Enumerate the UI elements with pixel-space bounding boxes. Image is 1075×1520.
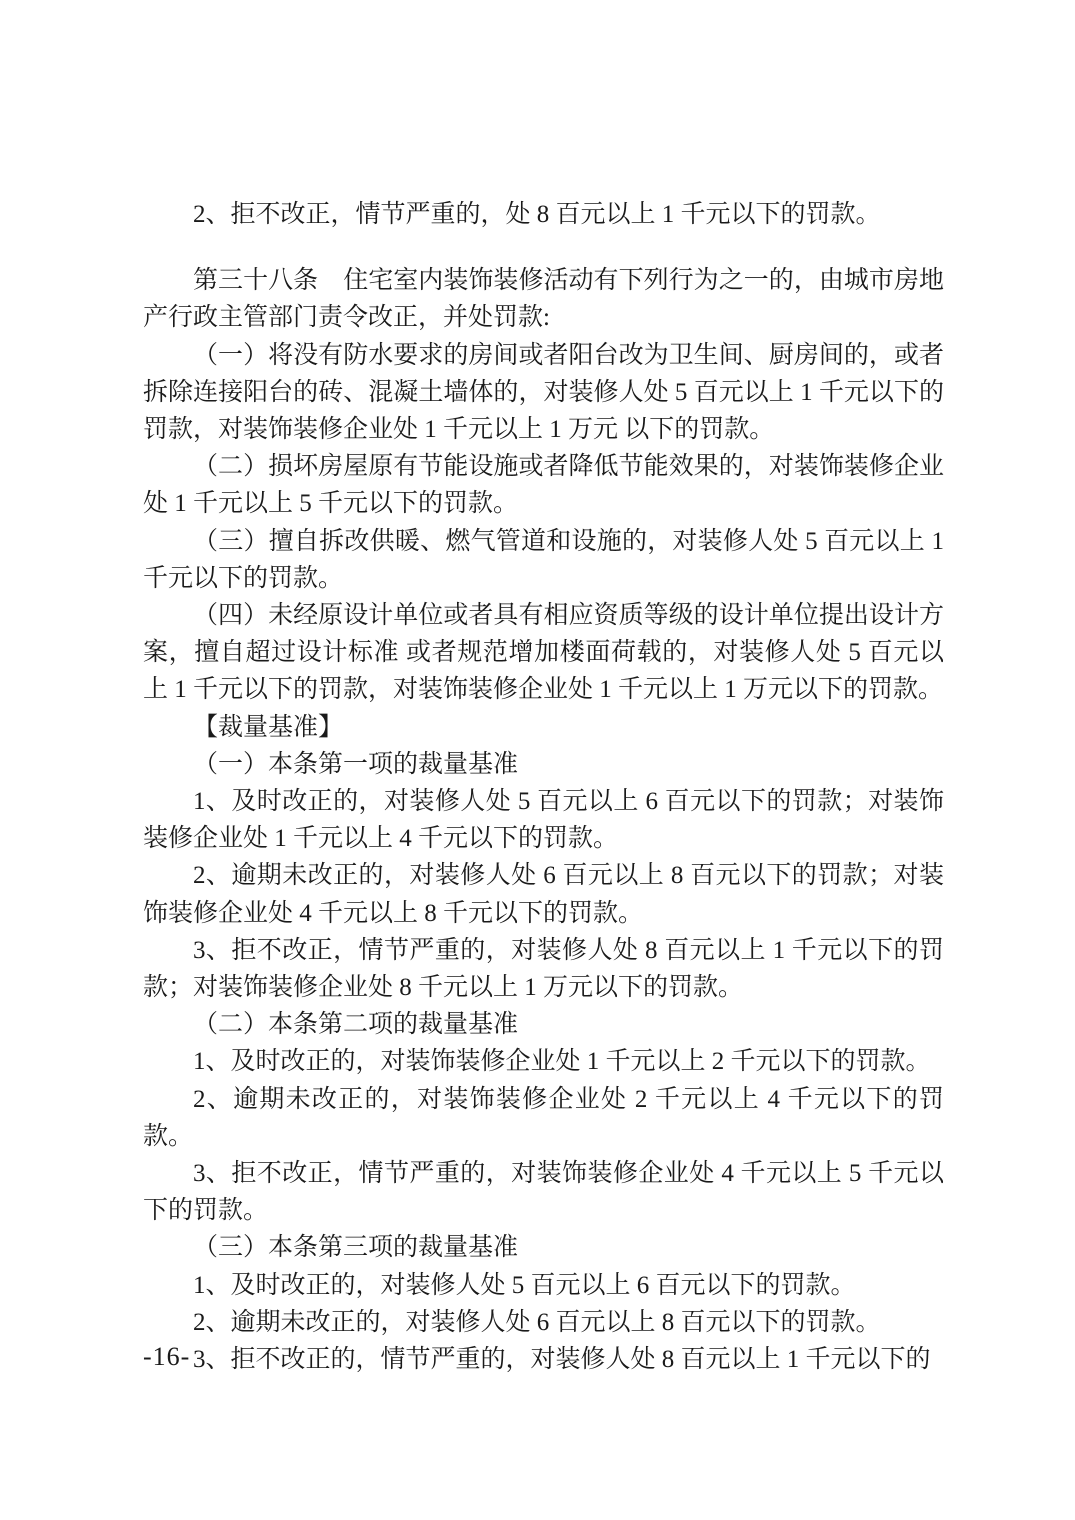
paragraph-2: 第三十八条 住宅室内装饰装修活动有下列行为之一的，由城市房地产行政主管部门责令改… <box>143 262 944 336</box>
paragraph-6: （四）未经原设计单位或者具有相应资质等级的设计单位提出设计方案，擅自超过设计标准… <box>143 597 944 709</box>
page-number: -16- <box>143 1342 190 1372</box>
paragraph-4: （二）损坏房屋原有节能设施或者降低节能效果的，对装饰装修企业处 1 千元以上 5… <box>143 448 944 522</box>
paragraph-18: 2、逾期未改正的，对装修人处 6 百元以上 8 百元以下的罚款。 <box>143 1304 944 1341</box>
paragraph-10: 2、逾期未改正的，对装修人处 6 百元以上 8 百元以下的罚款；对装饰装修企业处… <box>143 857 944 931</box>
paragraph-17: 1、及时改正的，对装修人处 5 百元以上 6 百元以下的罚款。 <box>143 1267 944 1304</box>
document-body: 2、拒不改正，情节严重的，处 8 百元以上 1 千元以下的罚款。 第三十八条 住… <box>143 196 944 1378</box>
paragraph-7: 【裁量基准】 <box>143 709 944 746</box>
paragraph-16: （三）本条第三项的裁量基准 <box>143 1229 944 1266</box>
paragraph-11: 3、拒不改正，情节严重的，对装修人处 8 百元以上 1 千元以下的罚款；对装饰装… <box>143 932 944 1006</box>
paragraph-1: 2、拒不改正，情节严重的，处 8 百元以上 1 千元以下的罚款。 <box>143 196 944 233</box>
paragraph-12: （二）本条第二项的裁量基准 <box>143 1006 944 1043</box>
paragraph-3: （一）将没有防水要求的房间或者阳台改为卫生间、厨房间的，或者拆除连接阳台的砖、混… <box>143 337 944 449</box>
paragraph-5: （三）擅自拆改供暖、燃气管道和设施的，对装修人处 5 百元以上 1 千元以下的罚… <box>143 523 944 597</box>
paragraph-13: 1、及时改正的，对装饰装修企业处 1 千元以上 2 千元以下的罚款。 <box>143 1043 944 1080</box>
paragraph-9: 1、及时改正的，对装修人处 5 百元以上 6 百元以下的罚款；对装饰装修企业处 … <box>143 783 944 857</box>
paragraph-15: 3、拒不改正，情节严重的，对装饰装修企业处 4 千元以上 5 千元以下的罚款。 <box>143 1155 944 1229</box>
document-page: 2、拒不改正，情节严重的，处 8 百元以上 1 千元以下的罚款。 第三十八条 住… <box>0 0 1075 1520</box>
paragraph-14: 2、逾期未改正的，对装饰装修企业处 2 千元以上 4 千元以下的罚款。 <box>143 1081 944 1155</box>
paragraph-19: 3、拒不改正的，情节严重的，对装修人处 8 百元以上 1 千元以下的 <box>143 1341 944 1378</box>
paragraph-8: （一）本条第一项的裁量基准 <box>143 746 944 783</box>
